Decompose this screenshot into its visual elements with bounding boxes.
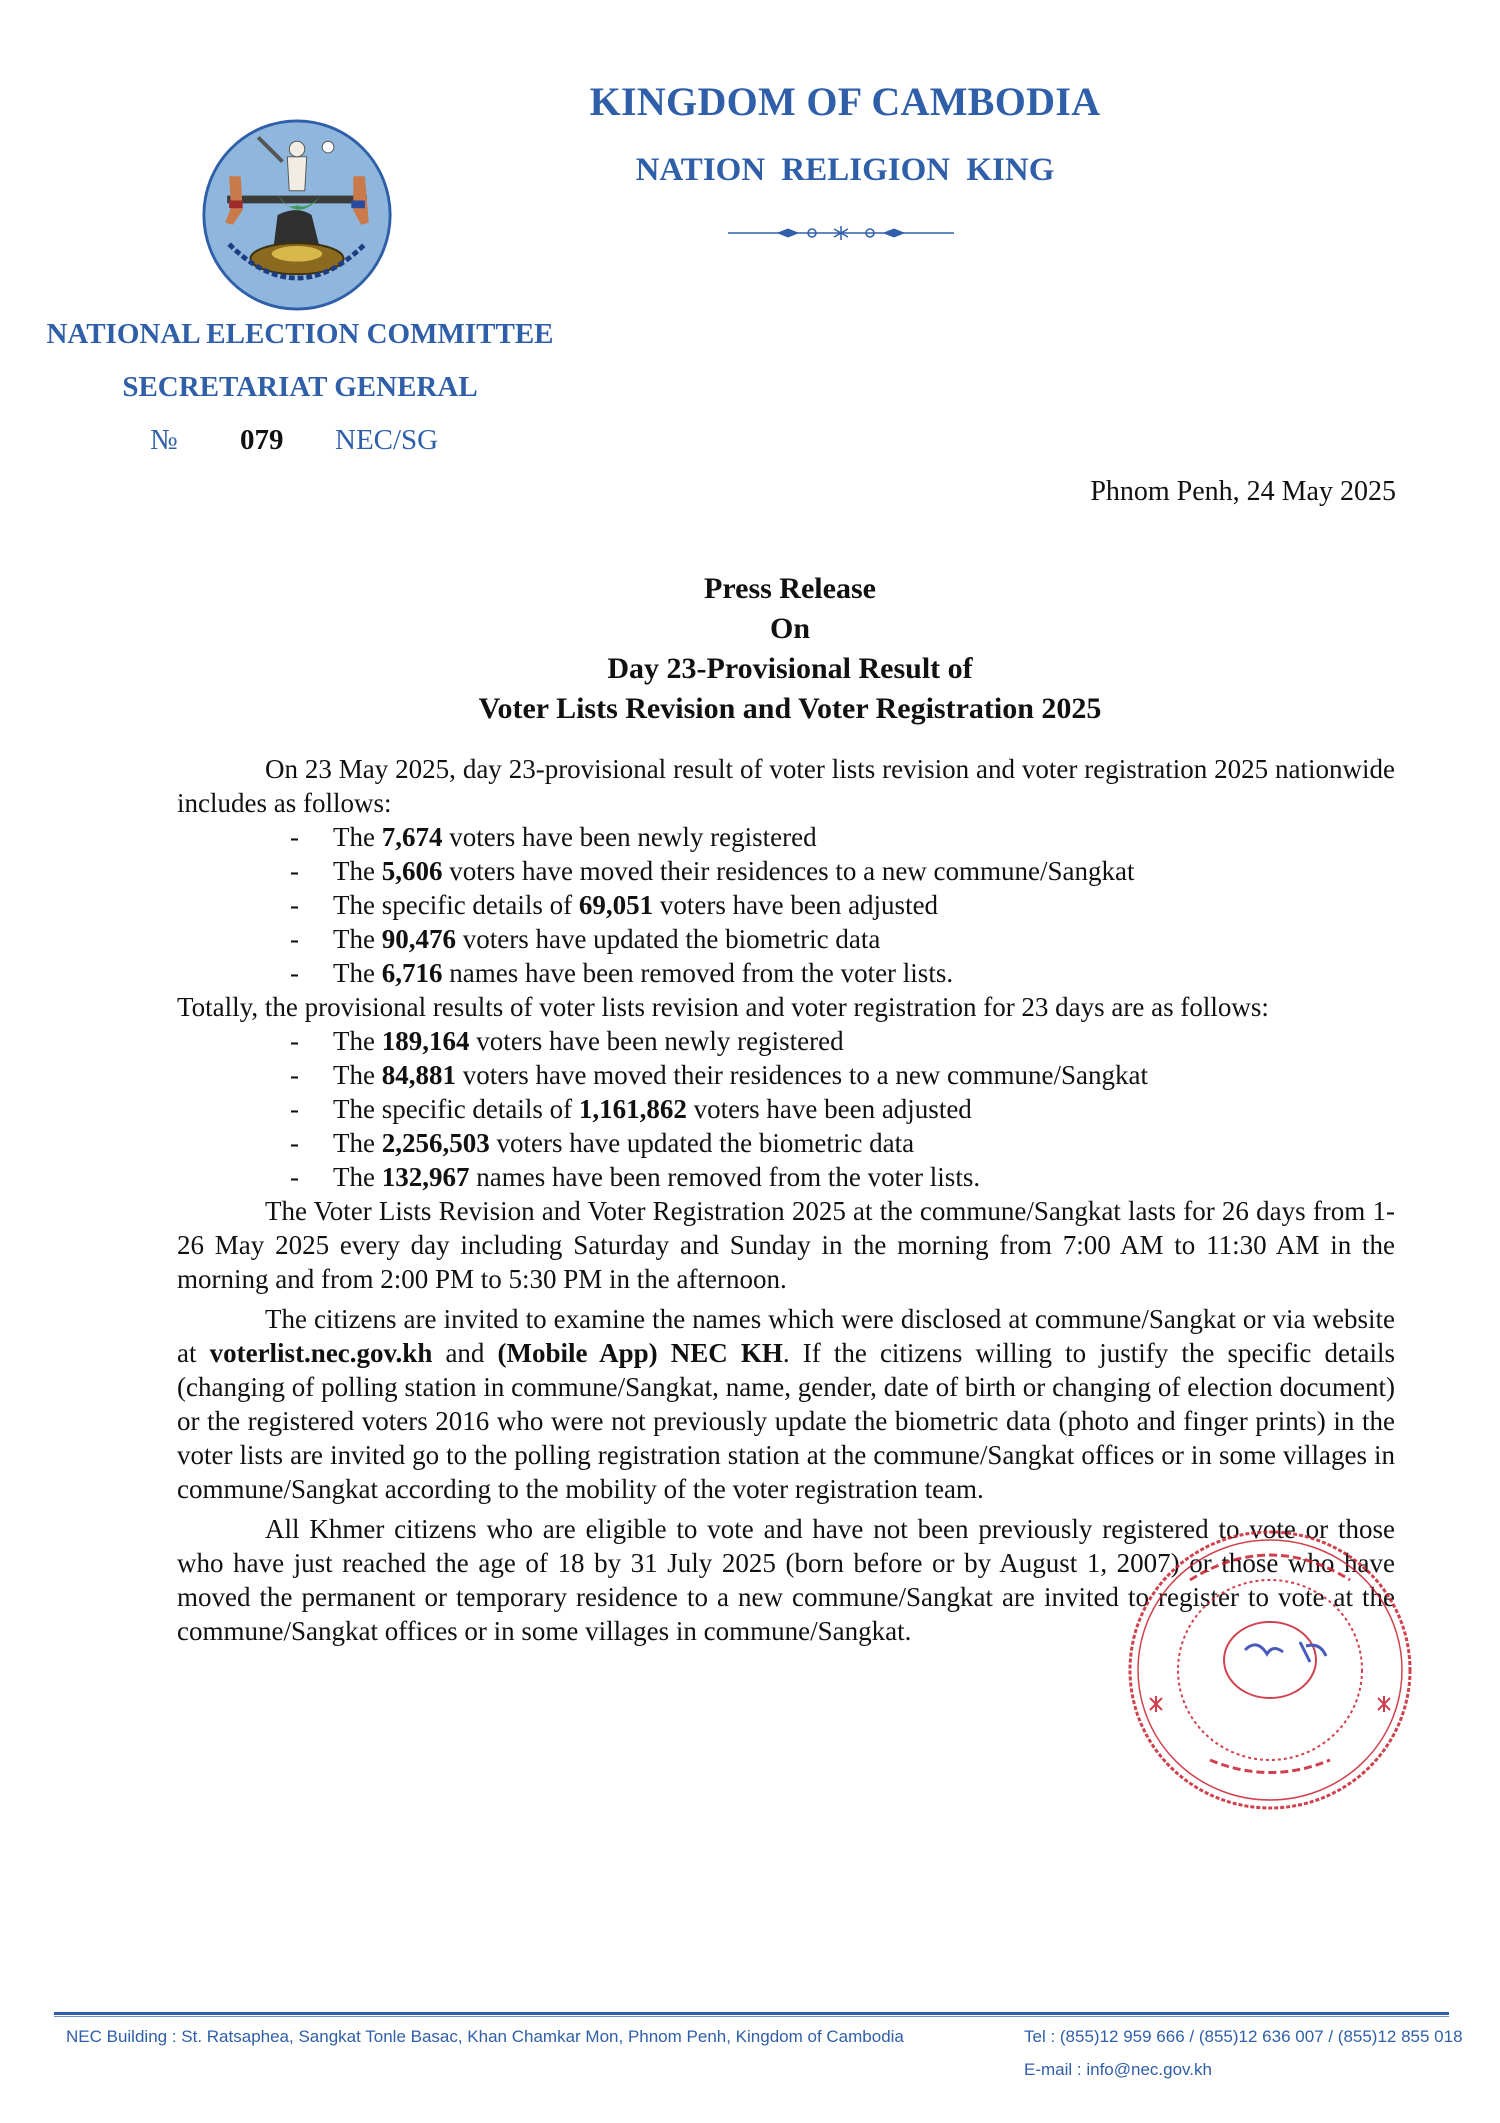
list-item: -The specific details of 1,161,862 voter… — [177, 1092, 1395, 1126]
footer-divider — [54, 2012, 1449, 2015]
daily-results-list: -The 7,674 voters have been newly regist… — [177, 820, 1395, 990]
reference-number: №079NEC/SG — [150, 424, 438, 457]
number-symbol: № — [150, 424, 240, 457]
list-item: -The 5,606 voters have moved their resid… — [177, 854, 1395, 888]
list-item: -The 2,256,503 voters have updated the b… — [177, 1126, 1395, 1160]
title-line-2: On — [0, 612, 1500, 646]
footer-email[interactable]: E-mail : info@nec.gov.kh — [1024, 2060, 1212, 2080]
document-number: 079 — [240, 424, 335, 457]
list-item: -The 84,881 voters have moved their resi… — [177, 1058, 1395, 1092]
title-line-1: Press Release — [0, 572, 1500, 606]
country-heading: KINGDOM OF CAMBODIA — [560, 78, 1130, 125]
title-line-4: Voter Lists Revision and Voter Registrat… — [0, 692, 1500, 726]
list-item: -The 90,476 voters have updated the biom… — [177, 922, 1395, 956]
schedule-paragraph: The Voter Lists Revision and Voter Regis… — [177, 1194, 1395, 1296]
reference-suffix: NEC/SG — [335, 424, 438, 456]
list-item: -The specific details of 69,051 voters h… — [177, 888, 1395, 922]
national-motto: NATION RELIGION KING — [560, 152, 1130, 189]
official-seal-icon — [1110, 1520, 1425, 1820]
total-intro: Totally, the provisional results of vote… — [177, 990, 1395, 1024]
department-name: SECRETARIAT GENERAL — [40, 371, 560, 404]
footer-address: NEC Building : St. Ratsaphea, Sangkat To… — [66, 2027, 904, 2047]
mobile-app-name: (Mobile App) NEC KH — [498, 1338, 783, 1368]
title-line-3: Day 23-Provisional Result of — [0, 652, 1500, 686]
organization-name: NATIONAL ELECTION COMMITTEE — [40, 318, 560, 351]
total-results-list: -The 189,164 voters have been newly regi… — [177, 1024, 1395, 1194]
list-item: -The 7,674 voters have been newly regist… — [177, 820, 1395, 854]
list-item: -The 132,967 names have been removed fro… — [177, 1160, 1395, 1194]
website-link[interactable]: voterlist.nec.gov.kh — [210, 1338, 433, 1368]
nec-emblem-icon — [200, 118, 394, 312]
press-release-body: On 23 May 2025, day 23-provisional resul… — [177, 752, 1395, 1648]
footer-telephone: Tel : (855)12 959 666 / (855)12 636 007 … — [1024, 2027, 1463, 2047]
list-item: -The 6,716 names have been removed from … — [177, 956, 1395, 990]
footer-divider-thin — [54, 2016, 1449, 2017]
intro-paragraph: On 23 May 2025, day 23-provisional resul… — [177, 752, 1395, 820]
decorative-divider-icon — [728, 225, 954, 241]
list-item: -The 189,164 voters have been newly regi… — [177, 1024, 1395, 1058]
place-date: Phnom Penh, 24 May 2025 — [1090, 476, 1396, 508]
invite-paragraph: The citizens are invited to examine the … — [177, 1302, 1395, 1506]
